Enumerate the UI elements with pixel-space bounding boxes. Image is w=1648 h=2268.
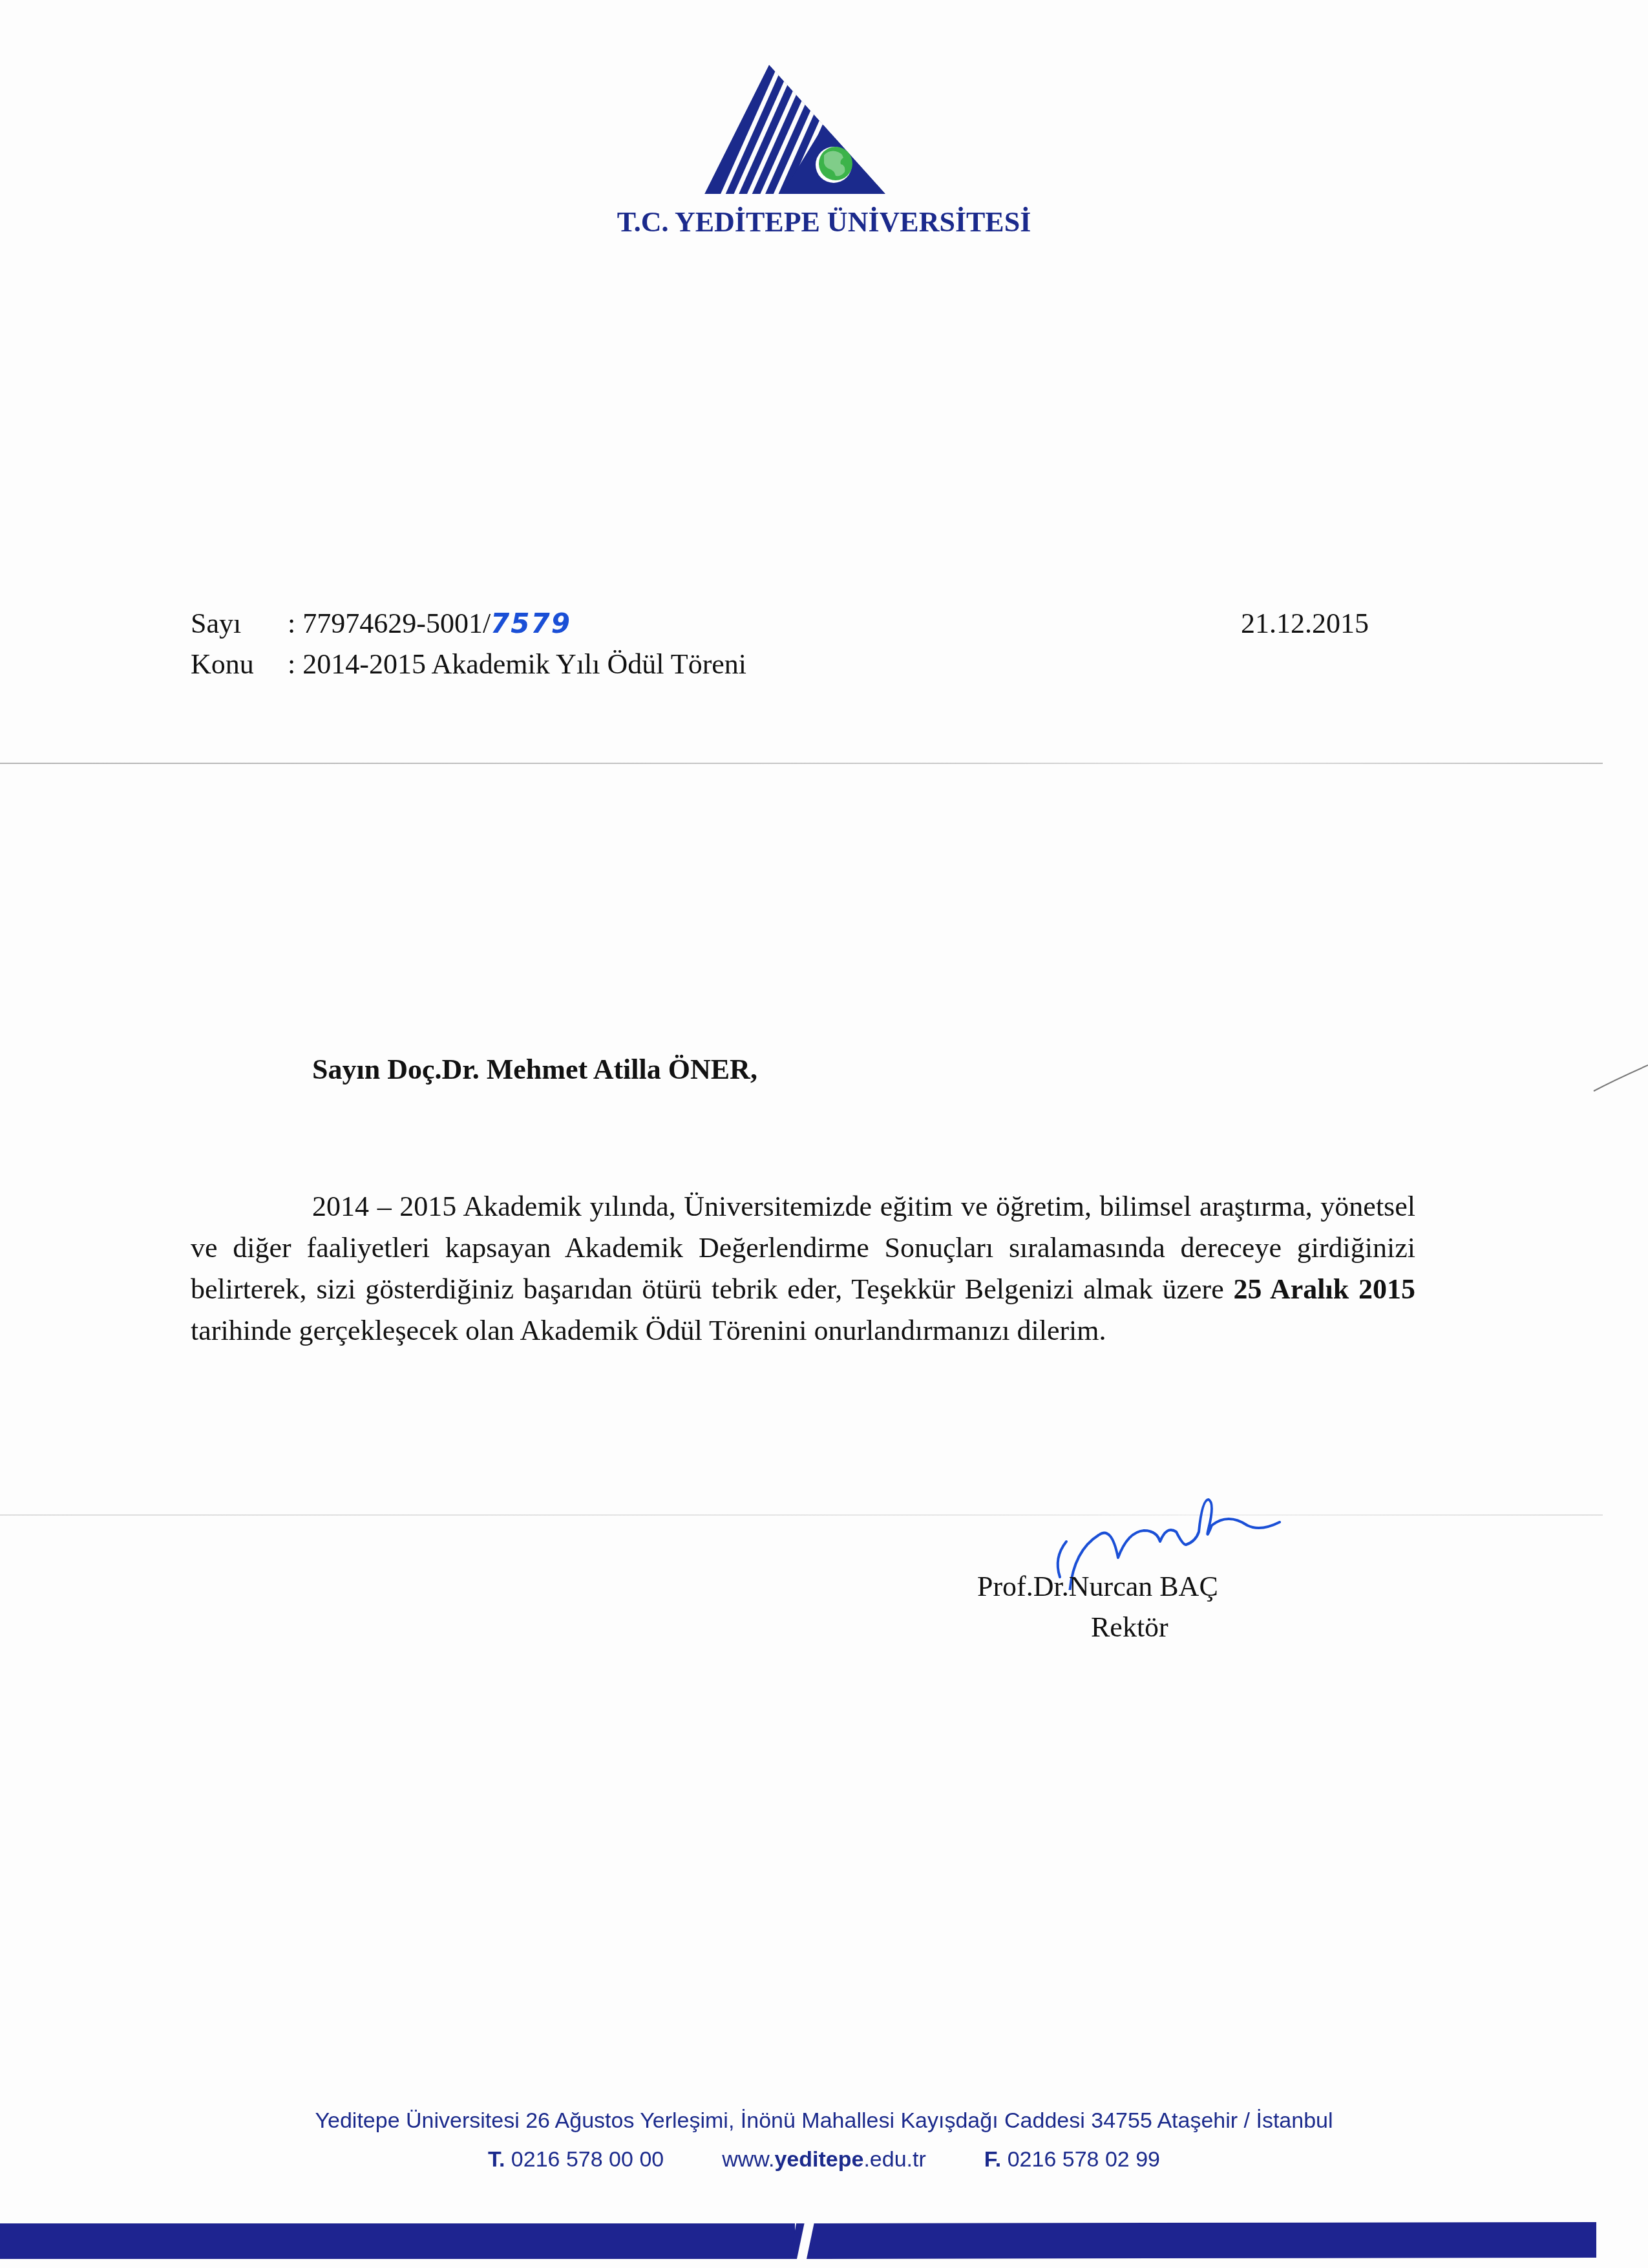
fax: F. 0216 578 02 99 — [984, 2147, 1160, 2172]
institution-name: T.C. YEDİTEPE ÜNİVERSİTESİ — [0, 206, 1648, 238]
reference-value: : 77974629-5001/ — [288, 608, 491, 639]
paper-fold-line — [0, 763, 1603, 764]
web-domain: yeditepe — [774, 2147, 863, 2172]
web-prefix: www. — [722, 2147, 774, 2172]
paper-fold-line — [0, 1514, 1603, 1516]
handwritten-reference-number: 7579 — [491, 608, 571, 639]
triangle-globe-logo-icon — [704, 65, 885, 194]
web-suffix: .edu.tr — [863, 2147, 925, 2172]
footer-address: Yeditepe Üniversitesi 26 Ağustos Yerleşi… — [0, 2108, 1648, 2134]
reference-number-row: Sayı: 77974629-5001/7579 — [191, 604, 571, 643]
phone-label: T. — [488, 2147, 505, 2172]
fax-number: 0216 578 02 99 — [1008, 2147, 1160, 2172]
website-link[interactable]: www.yeditepe.edu.tr — [722, 2147, 926, 2172]
letter-date: 21.12.2015 — [1241, 604, 1369, 643]
phone-number: 0216 578 00 00 — [511, 2147, 664, 2172]
reference-label: Sayı — [191, 604, 288, 643]
body-text-part: 2014 – 2015 Akademik yılında, Üniversite… — [191, 1191, 1415, 1305]
footer-contacts: T. 0216 578 00 00www.yeditepe.edu.trF. 0… — [0, 2147, 1648, 2172]
letter-body: 2014 – 2015 Akademik yılında, Üniversite… — [191, 1186, 1415, 1351]
footer-brand-bar — [0, 2222, 1596, 2259]
signer-name: Prof.Dr.Nurcan BAÇ — [977, 1567, 1218, 1606]
subject-label: Konu — [191, 645, 288, 684]
fax-label: F. — [984, 2147, 1001, 2172]
subject-row: Konu: 2014-2015 Akademik Yılı Ödül Tören… — [191, 645, 746, 684]
pen-stroke-mark — [1590, 1060, 1648, 1099]
ceremony-date: 25 Aralık 2015 — [1234, 1273, 1415, 1305]
subject-value: : 2014-2015 Akademik Yılı Ödül Töreni — [288, 648, 746, 680]
body-text-part: tarihinde gerçekleşecek olan Akademik Öd… — [191, 1315, 1106, 1346]
salutation: Sayın Doç.Dr. Mehmet Atilla ÖNER, — [312, 1050, 757, 1089]
phone: T. 0216 578 00 00 — [488, 2147, 664, 2172]
signer-title: Rektör — [1091, 1608, 1168, 1647]
